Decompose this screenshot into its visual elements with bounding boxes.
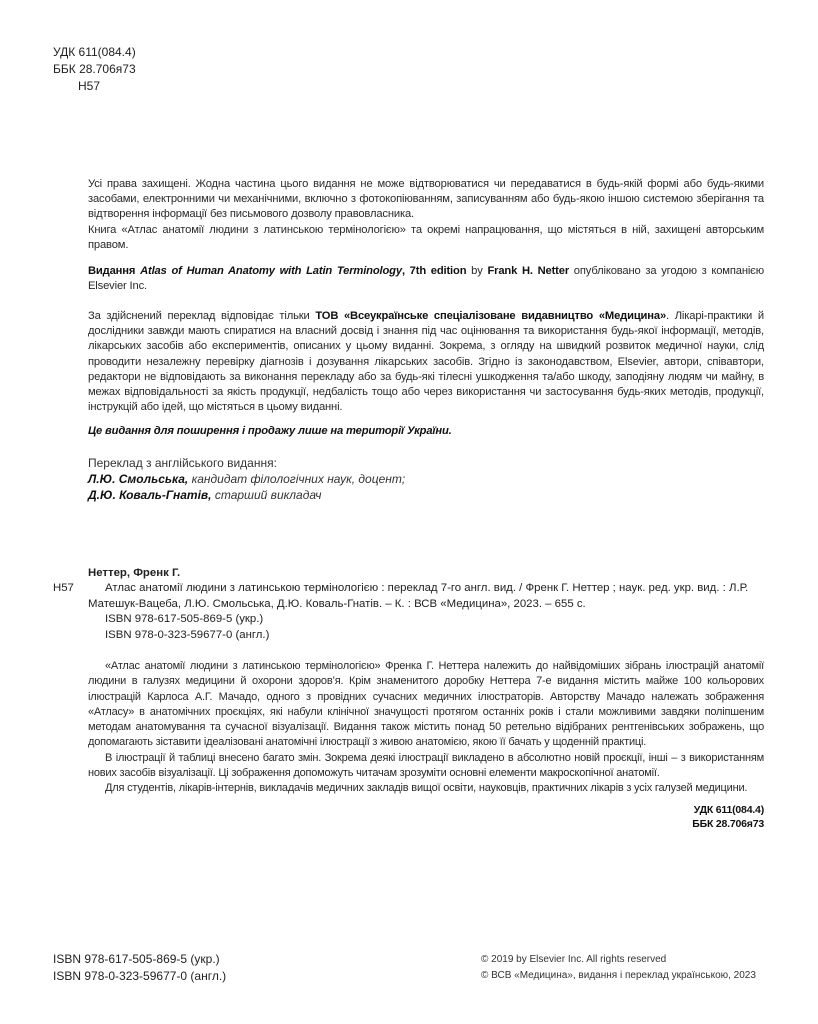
footer-isbn-ukr: ISBN 978-617-505-869-5 (укр.) — [53, 951, 226, 968]
rights-text: Усі права захищені. Жодна частина цього … — [88, 177, 764, 223]
annotation-udk: УДК 611(084.4) — [88, 803, 764, 817]
translators: Переклад з англійського видання: Л.Ю. См… — [88, 455, 405, 503]
translator-role: старший викладач — [212, 488, 322, 502]
bbk-code: ББК 28.706я73 — [53, 61, 136, 78]
catalog-record: Неттер, Френк Г. Н57 Атлас анатомії люди… — [53, 566, 768, 643]
footer-isbn-eng: ISBN 978-0-323-59677-0 (англ.) — [53, 968, 226, 985]
catalog-description: Атлас анатомії людини з латинською термі… — [88, 581, 768, 612]
annotation-bbk: ББК 28.706я73 — [88, 817, 764, 831]
disclaimer-text: . Лікарі-практики й дослідники завжди ма… — [88, 310, 764, 413]
publisher-name: ТОВ «Всеукраїнське спеціалізоване видавн… — [315, 310, 666, 322]
footer-isbn: ISBN 978-617-505-869-5 (укр.) ISBN 978-0… — [53, 951, 226, 985]
copyright-protection-text: Книга «Атлас анатомії людини з латинсько… — [88, 223, 764, 253]
translator-item: Л.Ю. Смольська, кандидат філологічних на… — [88, 471, 405, 487]
rights-notice: Усі права захищені. Жодна частина цього … — [88, 177, 764, 253]
annotation-paragraph: В ілюстрації й таблиці внесено багато зм… — [88, 751, 764, 782]
annotation-paragraph: Для студентів, лікарів-інтернів, виклада… — [88, 781, 764, 796]
disclaimer: За здійснений переклад відповідає тільки… — [88, 309, 764, 415]
original-author: Frank H. Netter — [487, 265, 569, 277]
footer-copyright: © 2019 by Elsevier Inc. All rights reser… — [481, 952, 756, 984]
original-title: Atlas of Human Anatomy with Latin Termin… — [140, 265, 402, 277]
translator-name: Д.Ю. Коваль-Гнатів, — [88, 488, 212, 502]
udk-code: УДК 611(084.4) — [53, 44, 136, 61]
disclaimer-prefix: За здійснений переклад відповідає тільки — [88, 310, 315, 322]
translator-name: Л.Ю. Смольська, — [88, 472, 188, 486]
author-sign: Н57 — [53, 78, 136, 95]
translator-item: Д.Ю. Коваль-Гнатів, старший викладач — [88, 487, 405, 503]
edition-number: , 7th edition — [402, 265, 466, 277]
edition-notice: Видання Atlas of Human Anatomy with Lati… — [88, 264, 764, 294]
edition-prefix: Видання — [88, 265, 135, 277]
translator-role: кандидат філологічних наук, доцент; — [188, 472, 405, 486]
by-word: by — [466, 265, 487, 277]
catalog-isbn-eng: ISBN 978-0-323-59677-0 (англ.) — [53, 628, 768, 643]
annotation: «Атлас анатомії людини з латинською терм… — [88, 659, 764, 831]
copyright-elsevier: © 2019 by Elsevier Inc. All rights reser… — [481, 952, 756, 968]
catalog-entry: Н57 Атлас анатомії людини з латинською т… — [53, 581, 768, 612]
distribution-notice: Це видання для поширення і продажу лише … — [88, 424, 764, 439]
annotation-classification: УДК 611(084.4) ББК 28.706я73 — [88, 803, 764, 831]
catalog-author: Неттер, Френк Г. — [53, 566, 768, 581]
annotation-paragraph: «Атлас анатомії людини з латинською терм… — [88, 659, 764, 751]
copyright-publisher: © ВСВ «Медицина», видання і переклад укр… — [481, 968, 756, 984]
classification-header: УДК 611(084.4) ББК 28.706я73 Н57 — [53, 44, 136, 95]
catalog-isbn-ukr: ISBN 978-617-505-869-5 (укр.) — [53, 612, 768, 627]
catalog-code: Н57 — [53, 581, 88, 612]
translators-heading: Переклад з англійського видання: — [88, 455, 405, 471]
